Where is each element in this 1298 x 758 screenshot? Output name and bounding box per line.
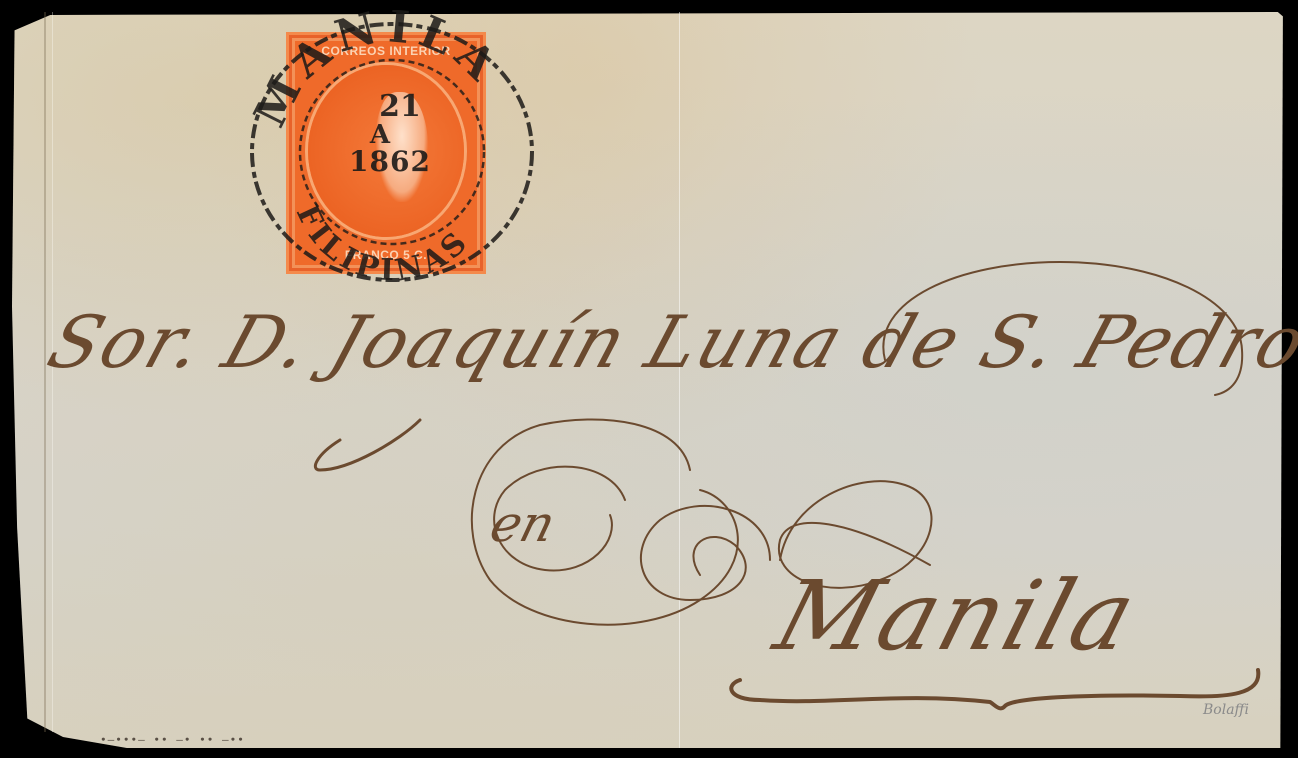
expert-signature: Bolaffi <box>1203 702 1249 718</box>
address-line-city: Manila <box>764 560 1150 672</box>
bottom-edge-marks: ∙–∙∙∙– ∙∙ –∙ ∙∙ –∙∙ <box>100 733 245 746</box>
address-line-recipient: Sor. D. Joaquín Luna de S. Pedro <box>38 300 1298 384</box>
